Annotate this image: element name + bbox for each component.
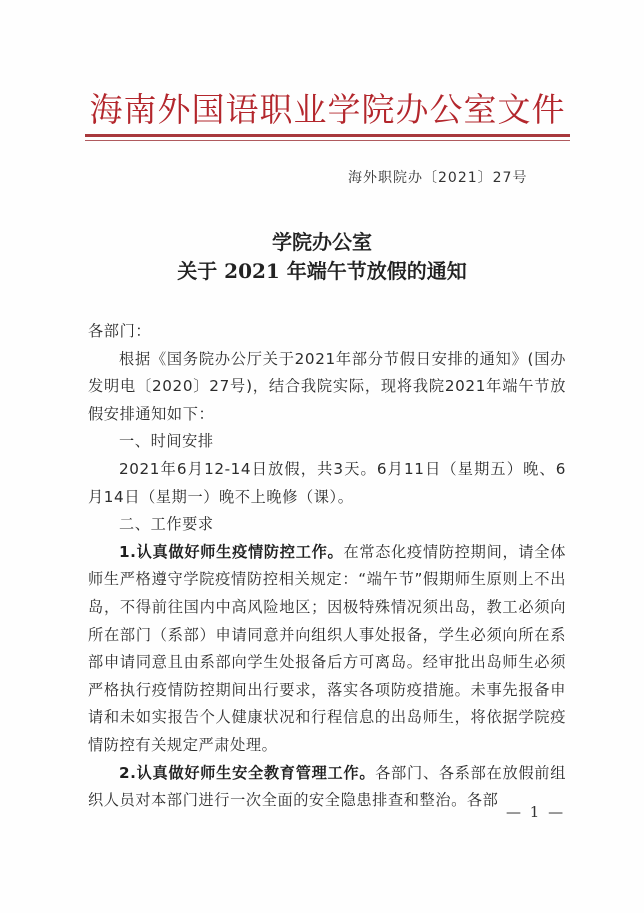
notice-title-subject: 关于 2021 年端午节放假的通知 xyxy=(0,255,644,284)
intro-paragraph: 根据《国务院办公厅关于2021年部分节假日安排的通知》(国办发明电〔2020〕2… xyxy=(88,346,566,429)
document-number: 海外职院办〔2021〕27号 xyxy=(348,167,527,187)
document-body: 各部门： 根据《国务院办公厅关于2021年部分节假日安排的通知》(国办发明电〔2… xyxy=(88,318,566,815)
requirement-paragraph-epidemic: 1.认真做好师生疫情防控工作。在常态化疫情防控期间，请全体师生严格遵守学院疫情防… xyxy=(88,539,566,760)
schedule-paragraph: 2021年6月12-14日放假，共3天。6月11日（星期五）晚、6月14日（星期… xyxy=(88,456,566,511)
section-heading-schedule: 一、时间安排 xyxy=(88,428,566,456)
requirement-text-epidemic: 在常态化疫情防控期间，请全体师生严格遵守学院疫情防控相关规定：“端午节”假期师生… xyxy=(88,543,566,754)
requirement-paragraph-safety: 2.认真做好师生安全教育管理工作。各部门、各系部在放假前组织人员对本部门进行一次… xyxy=(88,760,566,815)
page-number: — 1 — xyxy=(506,803,565,821)
document-page: 海南外国语职业学院办公室文件 海外职院办〔2021〕27号 学院办公室 关于 2… xyxy=(0,0,644,913)
masthead-title: 海南外国语职业学院办公室文件 xyxy=(85,84,570,131)
requirement-lead-epidemic: 1.认真做好师生疫情防控工作。 xyxy=(119,543,343,561)
salutation: 各部门： xyxy=(88,318,566,346)
masthead-rule-thin xyxy=(85,140,570,141)
masthead-rule-thick xyxy=(85,134,570,137)
requirement-lead-safety: 2.认真做好师生安全教育管理工作。 xyxy=(119,764,375,782)
notice-title-issuer: 学院办公室 xyxy=(0,226,644,255)
section-heading-requirements: 二、工作要求 xyxy=(88,511,566,539)
